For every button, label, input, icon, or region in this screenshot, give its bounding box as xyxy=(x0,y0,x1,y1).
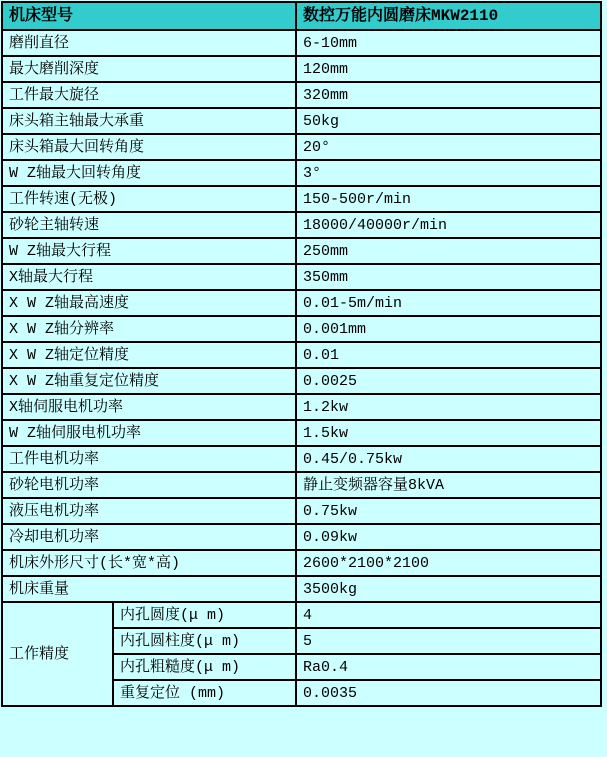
spec-label: X W Z轴分辨率 xyxy=(2,316,296,342)
spec-row: 机床外形尺寸(长*宽*高) 2600*2100*2100 xyxy=(2,550,601,576)
precision-group-label: 工作精度 xyxy=(2,602,113,706)
spec-value: 350mm xyxy=(296,264,601,290)
spec-row: 机床重量 3500kg xyxy=(2,576,601,602)
spec-value: 150-500r/min xyxy=(296,186,601,212)
spec-row: W Z轴伺服电机功率 1.5kw xyxy=(2,420,601,446)
spec-value: 250mm xyxy=(296,238,601,264)
spec-label: 最大磨削深度 xyxy=(2,56,296,82)
spec-value: 0.09kw xyxy=(296,524,601,550)
spec-row: 砂轮主轴转速 18000/40000r/min xyxy=(2,212,601,238)
precision-sub-label: 内孔圆柱度(μ m) xyxy=(113,628,296,654)
spec-row: X W Z轴重复定位精度 0.0025 xyxy=(2,368,601,394)
spec-value: 0.01 xyxy=(296,342,601,368)
spec-row: X轴伺服电机功率 1.2kw xyxy=(2,394,601,420)
spec-value: 0.75kw xyxy=(296,498,601,524)
spec-value: 静止变频器容量8kVA xyxy=(296,472,601,498)
spec-table: 机床型号 数控万能内圆磨床MKW2110 磨削直径 6-10mm 最大磨削深度 … xyxy=(1,1,602,707)
spec-value: 2600*2100*2100 xyxy=(296,550,601,576)
spec-value: 0.01-5m/min xyxy=(296,290,601,316)
spec-label: W Z轴最大回转角度 xyxy=(2,160,296,186)
spec-row: 工件转速(无极) 150-500r/min xyxy=(2,186,601,212)
spec-label: 砂轮电机功率 xyxy=(2,472,296,498)
spec-value: 20° xyxy=(296,134,601,160)
header-model-label: 机床型号 xyxy=(2,2,296,30)
header-row: 机床型号 数控万能内圆磨床MKW2110 xyxy=(2,2,601,30)
header-model-value: 数控万能内圆磨床MKW2110 xyxy=(296,2,601,30)
spec-row: 液压电机功率 0.75kw xyxy=(2,498,601,524)
spec-row: X轴最大行程 350mm xyxy=(2,264,601,290)
precision-value: 0.0035 xyxy=(296,680,601,706)
spec-value: 0.0025 xyxy=(296,368,601,394)
precision-value: Ra0.4 xyxy=(296,654,601,680)
spec-row: 工件最大旋径 320mm xyxy=(2,82,601,108)
spec-row: 床头箱主轴最大承重 50kg xyxy=(2,108,601,134)
spec-label: 床头箱最大回转角度 xyxy=(2,134,296,160)
spec-label: X W Z轴重复定位精度 xyxy=(2,368,296,394)
spec-row: X W Z轴定位精度 0.01 xyxy=(2,342,601,368)
spec-label: 床头箱主轴最大承重 xyxy=(2,108,296,134)
spec-value: 320mm xyxy=(296,82,601,108)
spec-label: 机床重量 xyxy=(2,576,296,602)
spec-value: 18000/40000r/min xyxy=(296,212,601,238)
spec-value: 3500kg xyxy=(296,576,601,602)
spec-row: 磨削直径 6-10mm xyxy=(2,30,601,56)
spec-label: 工件最大旋径 xyxy=(2,82,296,108)
precision-sub-label: 内孔圆度(μ m) xyxy=(113,602,296,628)
precision-sub-label: 重复定位 (mm) xyxy=(113,680,296,706)
spec-value: 0.45/0.75kw xyxy=(296,446,601,472)
spec-row: X W Z轴分辨率 0.001mm xyxy=(2,316,601,342)
spec-row: W Z轴最大行程 250mm xyxy=(2,238,601,264)
spec-label: 砂轮主轴转速 xyxy=(2,212,296,238)
spec-row: W Z轴最大回转角度 3° xyxy=(2,160,601,186)
precision-sub-label: 内孔粗糙度(μ m) xyxy=(113,654,296,680)
spec-label: X轴最大行程 xyxy=(2,264,296,290)
spec-row: X W Z轴最高速度 0.01-5m/min xyxy=(2,290,601,316)
spec-row: 冷却电机功率 0.09kw xyxy=(2,524,601,550)
precision-row: 工作精度 内孔圆度(μ m) 4 xyxy=(2,602,601,628)
spec-label: 冷却电机功率 xyxy=(2,524,296,550)
spec-label: 液压电机功率 xyxy=(2,498,296,524)
spec-label: W Z轴最大行程 xyxy=(2,238,296,264)
spec-row: 工件电机功率 0.45/0.75kw xyxy=(2,446,601,472)
spec-row: 砂轮电机功率 静止变频器容量8kVA xyxy=(2,472,601,498)
spec-value: 3° xyxy=(296,160,601,186)
spec-page: 机床型号 数控万能内圆磨床MKW2110 磨削直径 6-10mm 最大磨削深度 … xyxy=(0,0,607,757)
spec-label: W Z轴伺服电机功率 xyxy=(2,420,296,446)
spec-label: X W Z轴定位精度 xyxy=(2,342,296,368)
precision-value: 5 xyxy=(296,628,601,654)
spec-value: 50kg xyxy=(296,108,601,134)
spec-value: 1.5kw xyxy=(296,420,601,446)
spec-label: X轴伺服电机功率 xyxy=(2,394,296,420)
spec-value: 1.2kw xyxy=(296,394,601,420)
spec-label: 机床外形尺寸(长*宽*高) xyxy=(2,550,296,576)
spec-label: 工件电机功率 xyxy=(2,446,296,472)
spec-label: X W Z轴最高速度 xyxy=(2,290,296,316)
spec-value: 120mm xyxy=(296,56,601,82)
spec-label: 工件转速(无极) xyxy=(2,186,296,212)
spec-value: 6-10mm xyxy=(296,30,601,56)
spec-label: 磨削直径 xyxy=(2,30,296,56)
spec-value: 0.001mm xyxy=(296,316,601,342)
spec-row: 最大磨削深度 120mm xyxy=(2,56,601,82)
precision-value: 4 xyxy=(296,602,601,628)
spec-row: 床头箱最大回转角度 20° xyxy=(2,134,601,160)
